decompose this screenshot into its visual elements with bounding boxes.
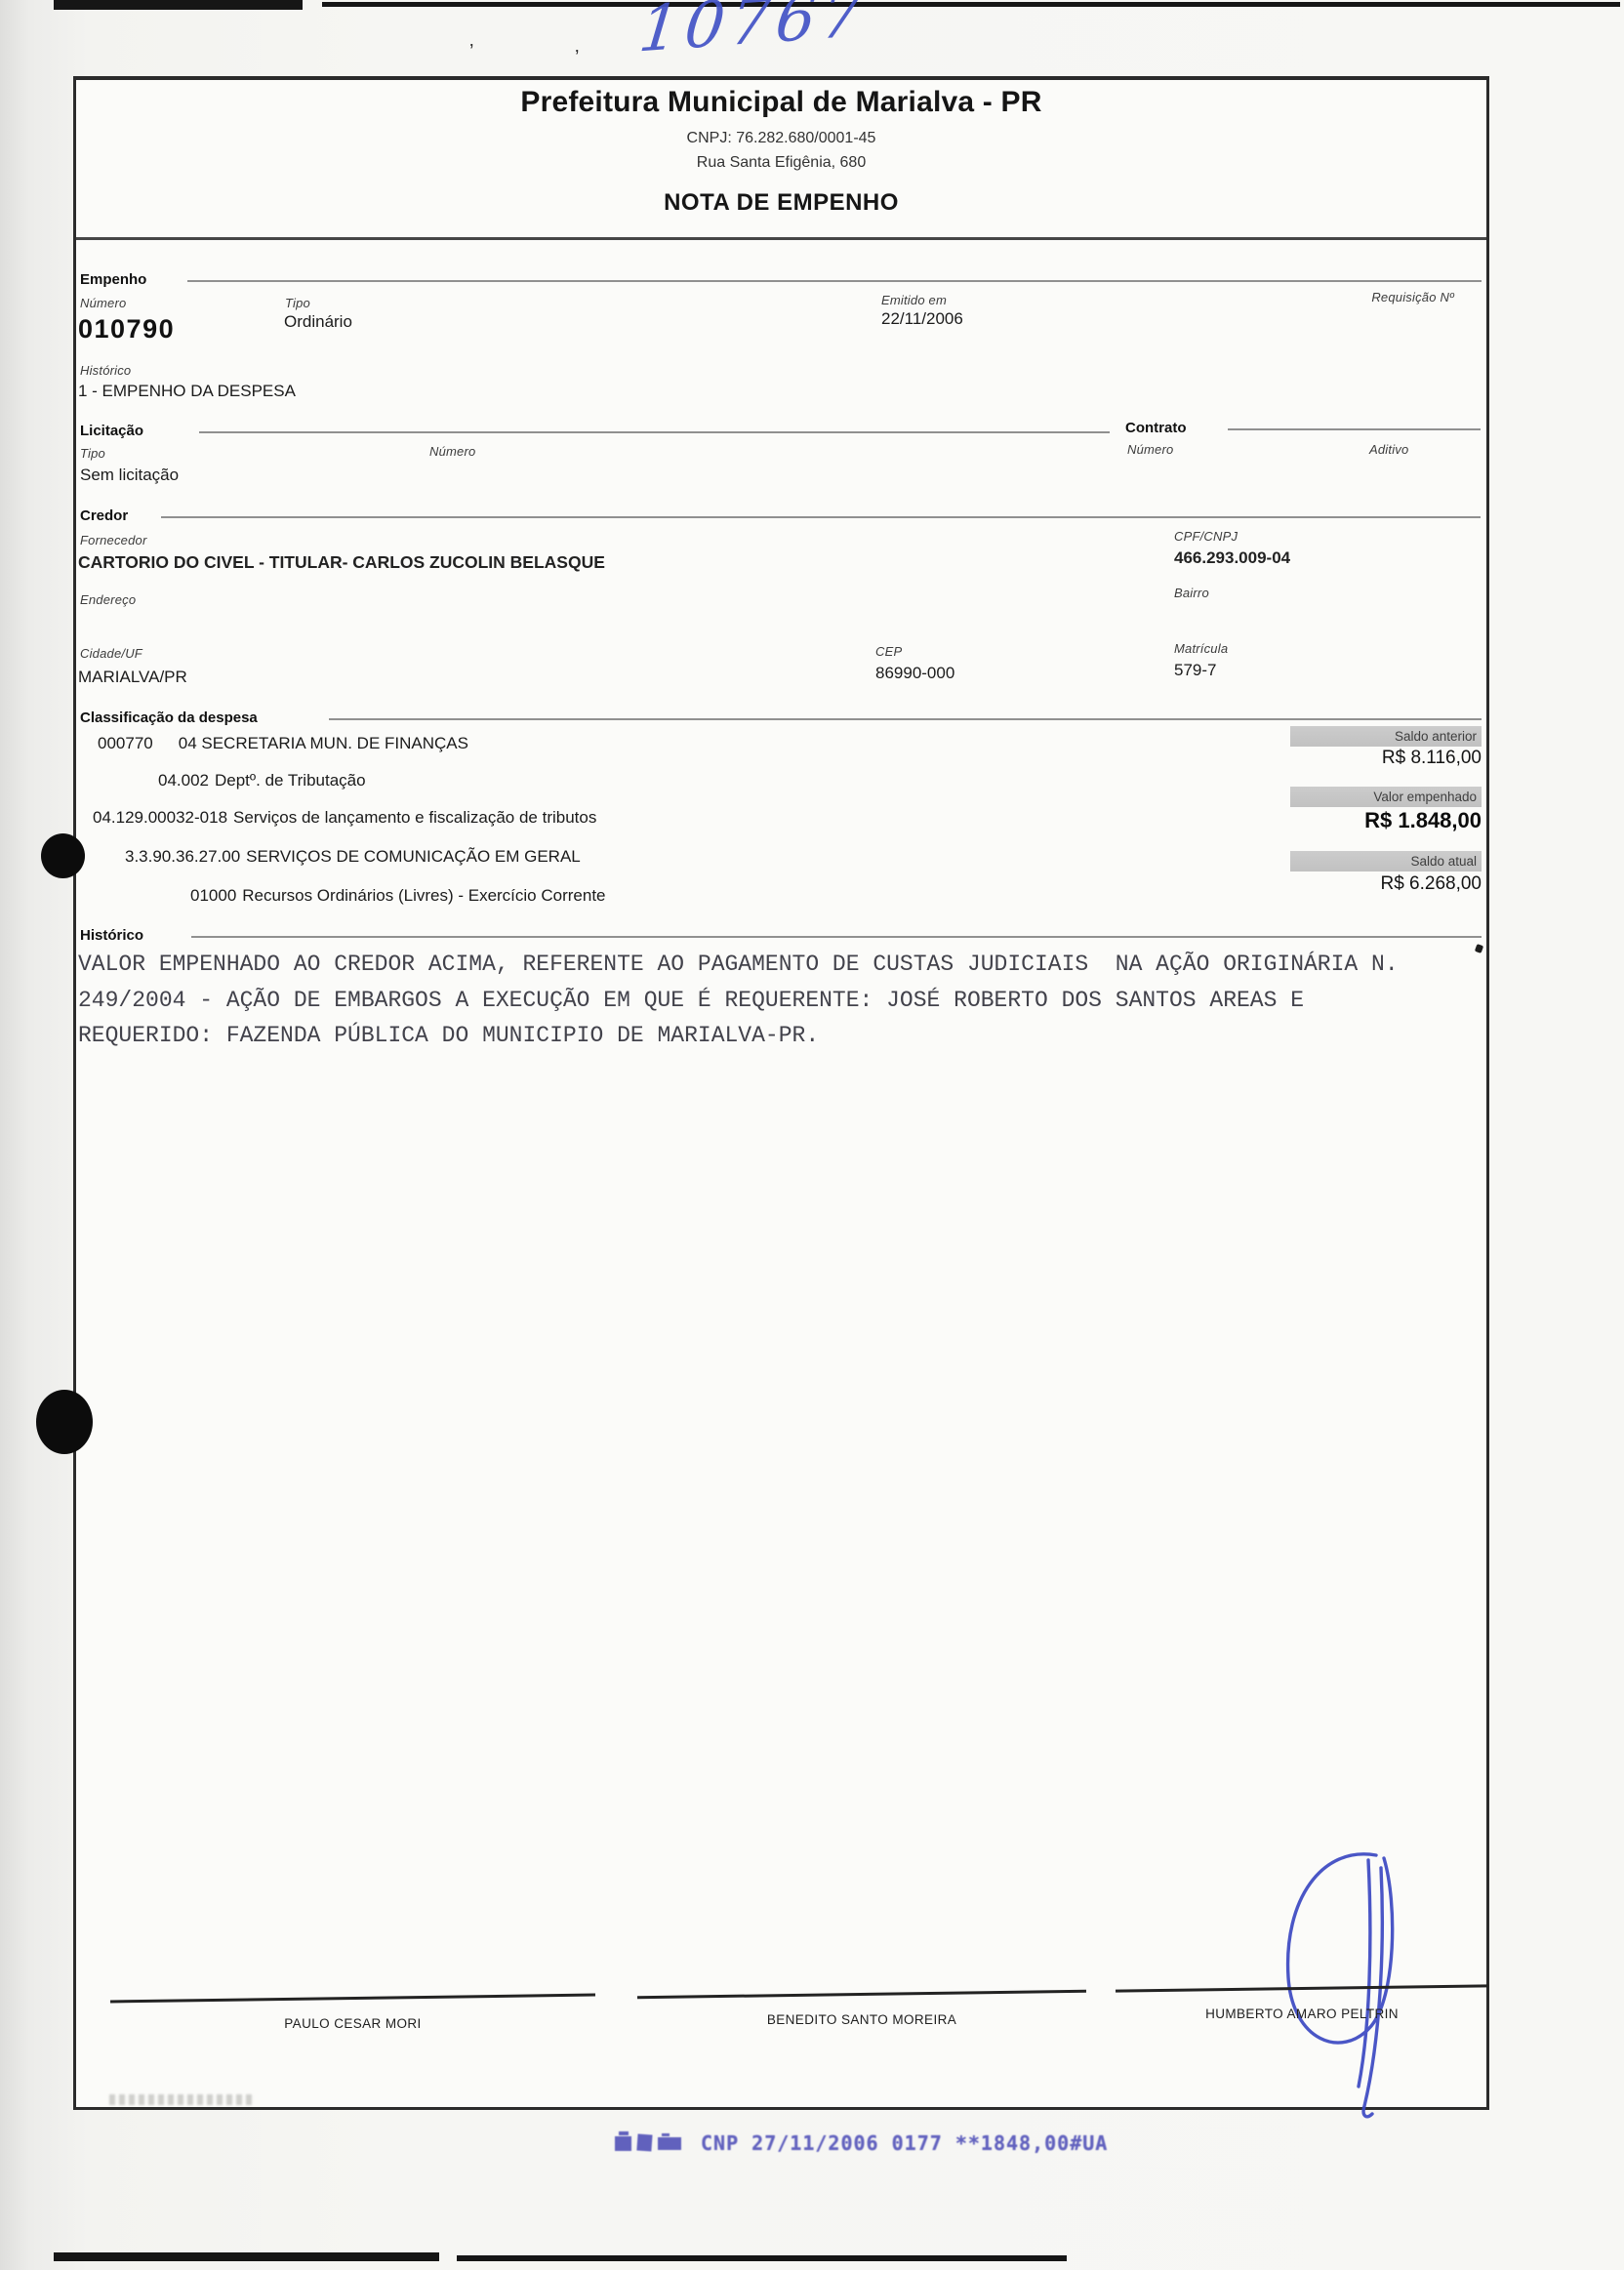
classificacao-code: 01000 <box>190 886 236 905</box>
signature-name: PAULO CESAR MORI <box>110 2016 595 2031</box>
valor-empenhado-label: Valor empenhado <box>1373 790 1477 804</box>
hole-punch <box>41 833 85 878</box>
section-credor: Credor <box>80 507 128 524</box>
classificacao-code: 000770 <box>98 734 153 752</box>
classificacao-desc: Deptº. de Tributação <box>215 771 366 790</box>
saldo-atual-bar: Saldo atual <box>1290 851 1482 872</box>
field-label-contrato-numero: Número <box>1127 442 1173 457</box>
classificacao-desc: Serviços de lançamento e fiscalização de… <box>233 808 596 827</box>
saldo-anterior-bar: Saldo anterior <box>1290 726 1482 747</box>
historico-line: REQUERIDO: FAZENDA PÚBLICA DO MUNICIPIO … <box>78 1023 819 1048</box>
scan-speck: ’ <box>469 41 473 63</box>
page-title: Prefeitura Municipal de Marialva - PR <box>73 86 1489 119</box>
handwritten-number: 10767 <box>635 0 871 67</box>
classificacao-desc: Recursos Ordinários (Livres) - Exercício… <box>242 886 605 905</box>
field-value-numero: 010790 <box>78 314 175 345</box>
field-label-fornecedor: Fornecedor <box>80 533 146 547</box>
field-value-matricula: 579-7 <box>1174 661 1216 680</box>
field-value-cpf-cnpj: 466.293.009-04 <box>1174 548 1290 568</box>
field-value-historico: 1 - EMPENHO DA DESPESA <box>78 382 296 401</box>
field-label-licitacao-numero: Número <box>429 444 475 459</box>
section-licitacao-rule <box>199 431 1110 433</box>
field-label-requisicao: Requisição Nº <box>1249 290 1454 304</box>
classificacao-desc: SERVIÇOS DE COMUNICAÇÃO EM GERAL <box>246 847 581 866</box>
section-empenho-rule <box>187 280 1482 282</box>
scanned-page: 10767 ’ ’ Prefeitura Municipal de Marial… <box>0 0 1624 2270</box>
header-divider <box>76 237 1487 240</box>
signature-name: BENEDITO SANTO MOREIRA <box>637 2012 1086 2027</box>
field-label-cpf-cnpj: CPF/CNPJ <box>1174 529 1238 544</box>
header-cnpj: CNPJ: 76.282.680/0001-45 <box>73 130 1489 147</box>
classificacao-row: 04.002Deptº. de Tributação <box>158 771 366 790</box>
field-label-endereco: Endereço <box>80 592 136 607</box>
classificacao-code: 04.002 <box>158 771 209 790</box>
valor-empenhado-bar: Valor empenhado <box>1290 787 1482 807</box>
field-value-cidade-uf: MARIALVA/PR <box>78 668 187 687</box>
saldo-anterior-value: R$ 8.116,00 <box>1210 748 1482 769</box>
section-historico: Histórico <box>80 927 143 944</box>
field-label-bairro: Bairro <box>1174 586 1209 600</box>
field-label-cep: CEP <box>875 644 902 659</box>
section-contrato-rule <box>1228 428 1481 430</box>
field-label-matricula: Matrícula <box>1174 641 1228 656</box>
historico-line: VALOR EMPENHADO AO CREDOR ACIMA, REFEREN… <box>78 952 1399 977</box>
section-historico-rule <box>191 936 1482 938</box>
scan-artifact-top-line <box>322 2 1620 7</box>
scan-artifact-top-left <box>54 0 303 10</box>
section-credor-rule <box>161 516 1481 518</box>
saldo-atual-label: Saldo atual <box>1410 854 1477 869</box>
classificacao-row: 04.129.00032-018Serviços de lançamento e… <box>93 808 596 828</box>
header-address: Rua Santa Efigênia, 680 <box>73 154 1489 172</box>
classificacao-row: 3.3.90.36.27.00SERVIÇOS DE COMUNICAÇÃO E… <box>125 847 581 867</box>
field-value-licitacao-tipo: Sem licitação <box>80 466 179 485</box>
section-empenho: Empenho <box>80 271 146 288</box>
field-value-tipo: Ordinário <box>284 312 352 332</box>
field-label-tipo: Tipo <box>285 296 310 310</box>
pen-signature <box>1249 1831 1435 2124</box>
saldo-anterior-label: Saldo anterior <box>1395 729 1477 744</box>
field-label-historico: Histórico <box>80 363 131 378</box>
stamp-logo-icon <box>613 2128 685 2159</box>
classificacao-code: 3.3.90.36.27.00 <box>125 847 240 866</box>
scan-speck: ’ <box>575 47 579 69</box>
field-label-numero: Número <box>80 296 126 310</box>
classificacao-code: 04.129.00032-018 <box>93 808 227 827</box>
scan-smudge <box>109 2094 256 2105</box>
scan-artifact-bottom <box>54 2252 439 2261</box>
historico-line: 249/2004 - AÇÃO DE EMBARGOS A EXECUÇÃO E… <box>78 988 1304 1013</box>
field-label-cidade-uf: Cidade/UF <box>80 646 142 661</box>
classificacao-row: 01000Recursos Ordinários (Livres) - Exer… <box>190 886 606 906</box>
section-contrato: Contrato <box>1125 420 1187 436</box>
field-label-contrato-aditivo: Aditivo <box>1369 442 1408 457</box>
section-classificacao-rule <box>329 718 1482 720</box>
classificacao-desc: 04 SECRETARIA MUN. DE FINANÇAS <box>179 734 468 752</box>
stamp-text: CNP 27/11/2006 0177 **1848,00#UA <box>701 2131 1108 2155</box>
valor-empenhado-value: R$ 1.848,00 <box>1210 808 1482 833</box>
field-label-licitacao-tipo: Tipo <box>80 446 105 461</box>
field-value-fornecedor: CARTORIO DO CIVEL - TITULAR- CARLOS ZUCO… <box>78 552 605 573</box>
saldo-atual-value: R$ 6.268,00 <box>1210 873 1482 895</box>
hole-punch <box>36 1390 93 1454</box>
classificacao-row: 00077004 SECRETARIA MUN. DE FINANÇAS <box>98 734 468 753</box>
scan-artifact-bottom <box>457 2255 1067 2261</box>
signature-name: HUMBERTO AMARO PELTRIN <box>1116 2007 1488 2021</box>
document-type: NOTA DE EMPENHO <box>73 189 1489 217</box>
section-classificacao: Classificação da despesa <box>80 709 258 726</box>
field-value-cep: 86990-000 <box>875 664 954 683</box>
validator-stamp: CNP 27/11/2006 0177 **1848,00#UA <box>613 2128 1108 2159</box>
field-value-emitido-em: 22/11/2006 <box>881 309 963 329</box>
field-label-emitido-em: Emitido em <box>881 293 947 307</box>
section-licitacao: Licitação <box>80 423 143 439</box>
